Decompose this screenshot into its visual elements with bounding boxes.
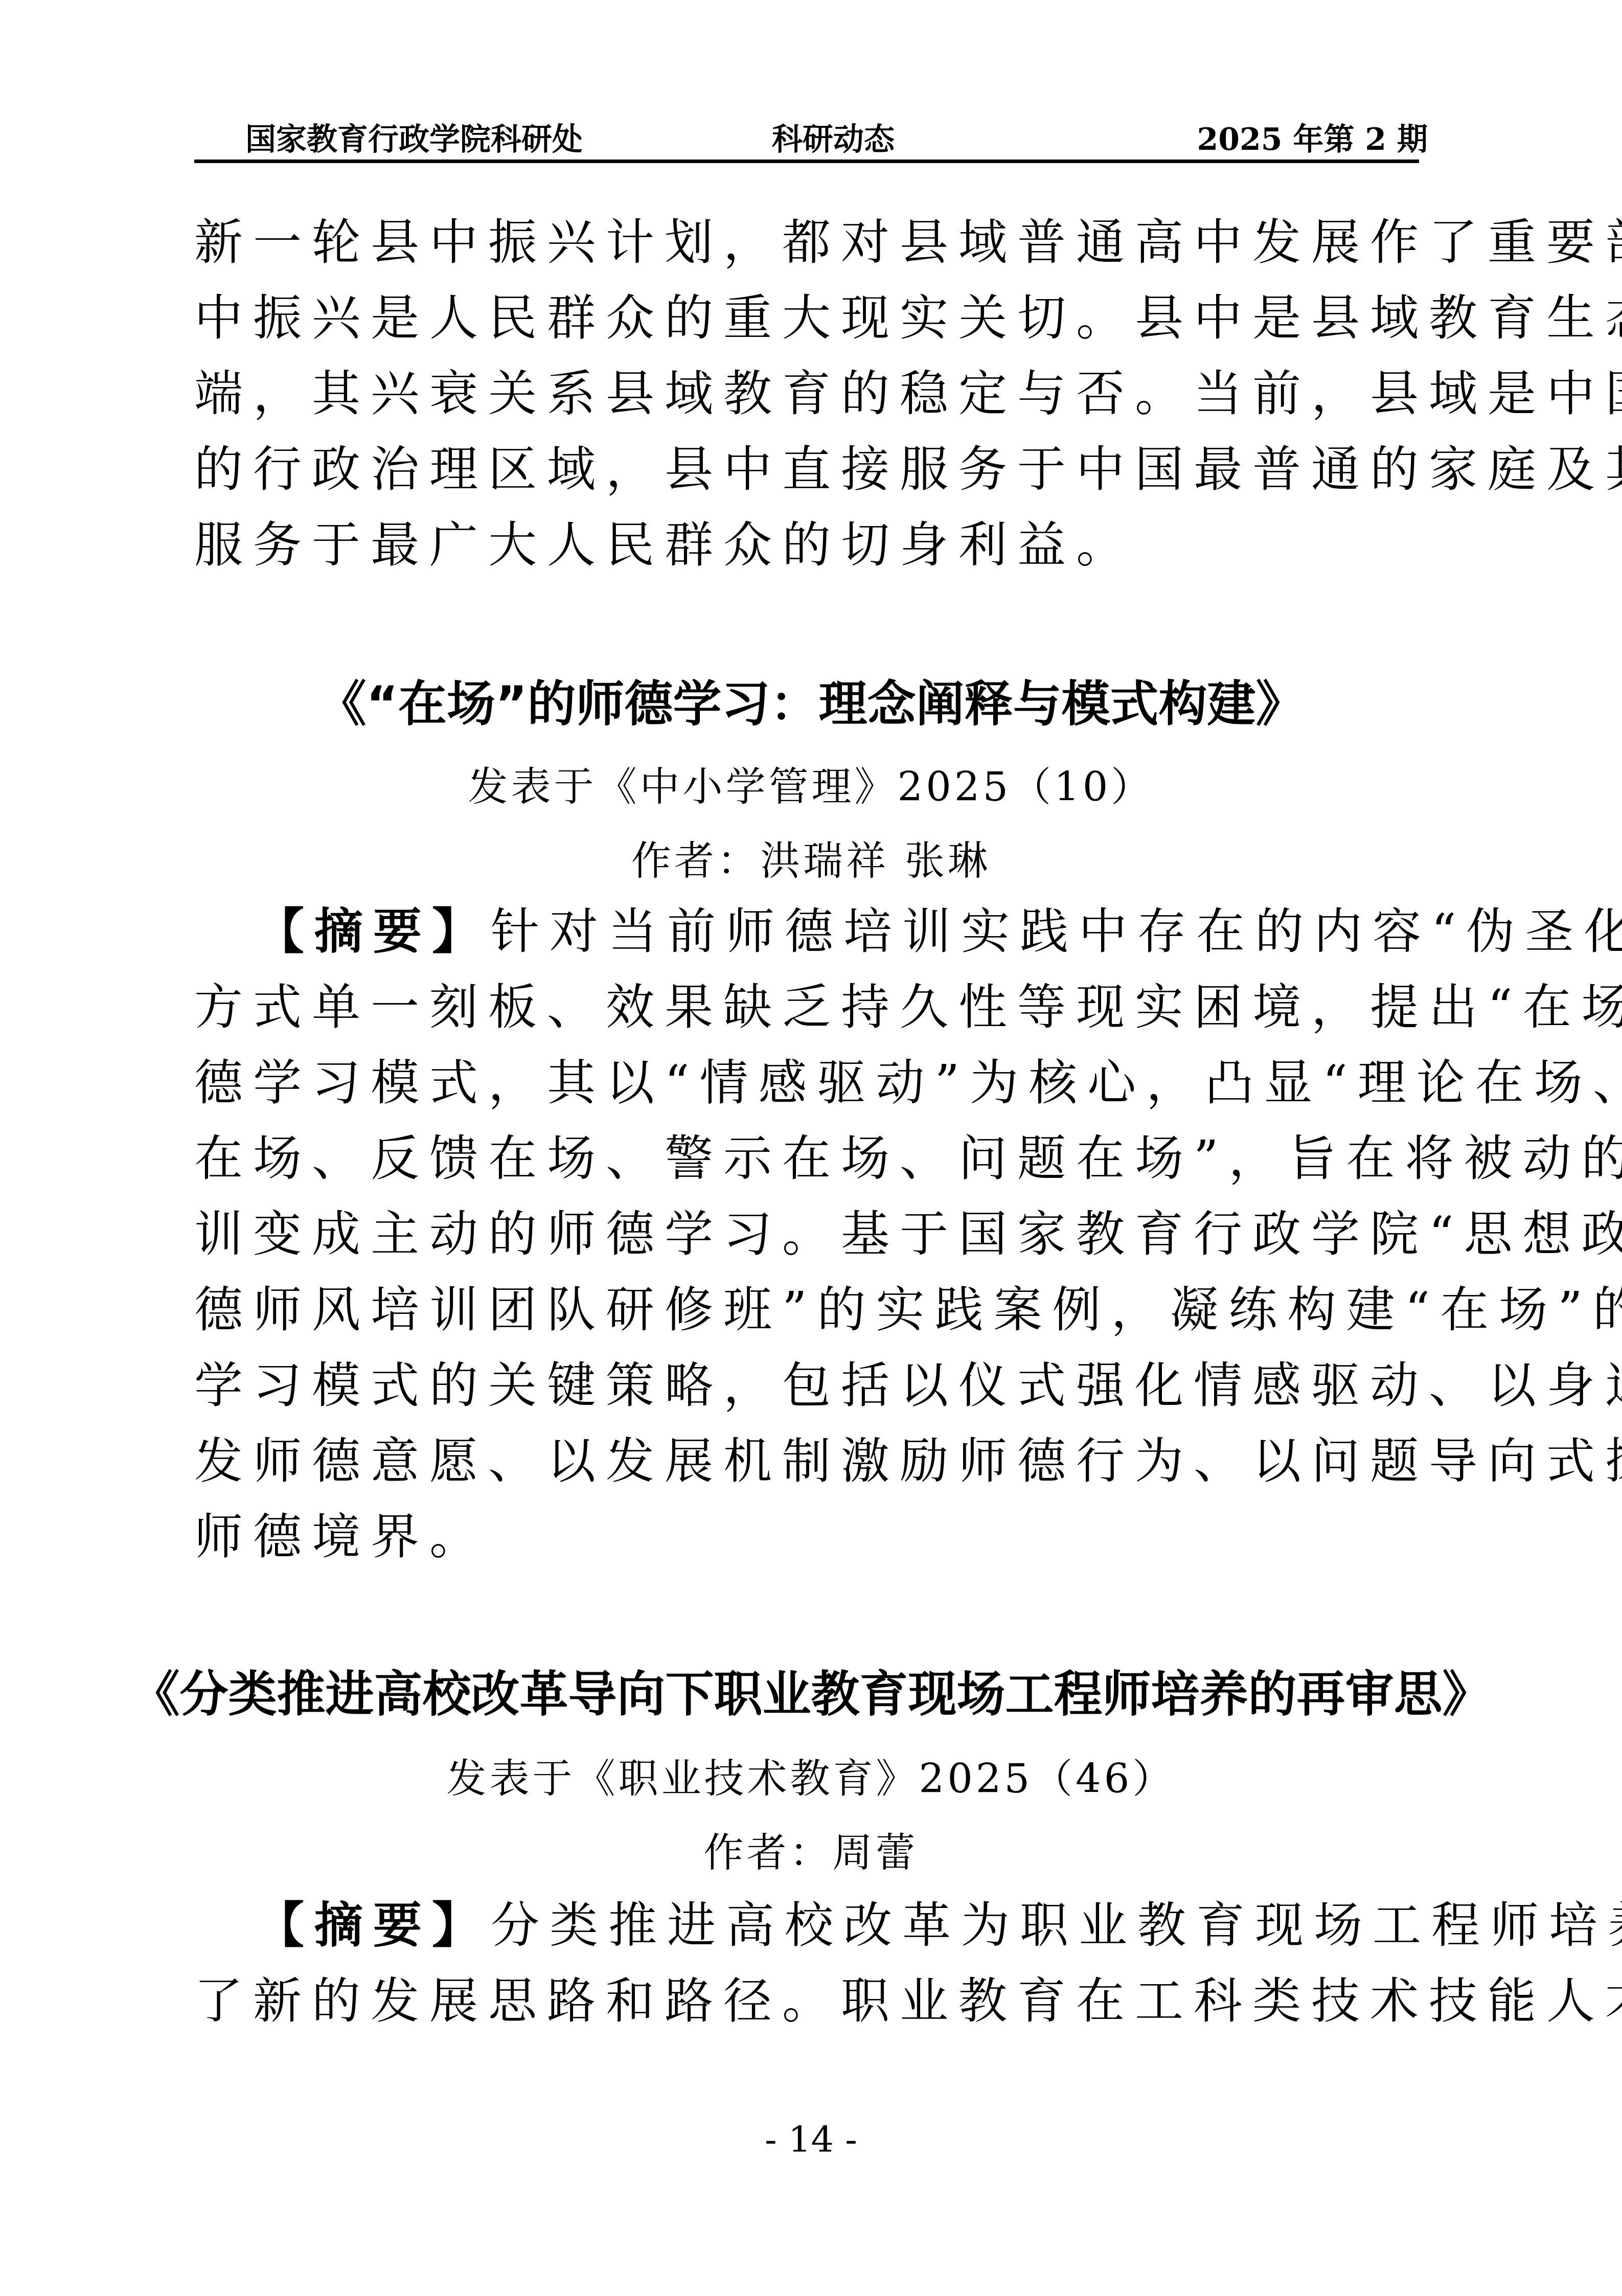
abstract-line: 师德境界。: [194, 1509, 1431, 1565]
article-title: 《“在场”的师德学习：理念阐释与模式构建》: [0, 674, 1622, 735]
header-issue: 2025 年第 2 期: [1197, 115, 1428, 159]
body-line: 的行政治理区域，县中直接服务于中国最普通的家庭及其子弟，: [194, 442, 1431, 498]
abstract-line: 方式单一刻板、效果缺乏持久性等现实困境，提出“在场”的师: [194, 980, 1431, 1036]
header-publication: 科研动态: [772, 115, 895, 159]
body-line: 中振兴是人民群众的重大现实关切。县中是县域教育生态链的顶: [194, 290, 1431, 347]
abstract-line: 德学习模式，其以“情感驱动”为核心，凸显“理论在场、榜样: [194, 1055, 1431, 1111]
abstract-text: 分类推进高校改革为职业教育现场工程师培养提供: [491, 1898, 1622, 1954]
abstract-text: 针对当前师德培训实践中存在的内容“伪圣化”、: [491, 904, 1622, 960]
article-authors: 作者：洪瑞祥 张琳: [0, 836, 1622, 887]
abstract-line: 学习模式的关键策略，包括以仪式强化情感驱动、以身边故事激: [194, 1358, 1431, 1414]
abstract-line: 了新的发展思路和路径。职业教育在工科类技术技能人才培养方: [194, 1973, 1431, 2030]
abstract-line: 发师德意愿、以发展机制激励师德行为、以问题导向式探究提升: [194, 1434, 1431, 1490]
abstract-label: 【摘要】: [256, 903, 491, 960]
body-line: 新一轮县中振兴计划，都对县域普通高中发展作了重要部署。县: [194, 215, 1431, 271]
body-line: 端，其兴衰关系县域教育的稳定与否。当前，县域是中国最基本: [194, 366, 1431, 422]
abstract-first-line: 【摘要】针对当前师德培训实践中存在的内容“伪圣化”、: [256, 904, 1431, 960]
running-header: 国家教育行政学院科研处 科研动态 2025 年第 2 期: [245, 115, 1428, 156]
abstract-line: 在场、反馈在场、警示在场、问题在场”，旨在将被动的师德培: [194, 1131, 1431, 1187]
abstract-label: 【摘要】: [256, 1897, 491, 1954]
abstract-first-line: 【摘要】分类推进高校改革为职业教育现场工程师培养提供: [256, 1898, 1431, 1954]
page-number: - 14 -: [0, 2117, 1622, 2163]
article-publication: 发表于《职业技术教育》2025（46）: [0, 1754, 1622, 1805]
article-authors: 作者：周蕾: [0, 1828, 1622, 1879]
abstract-line: 训变成主动的师德学习。基于国家教育行政学院“思想政治与师: [194, 1207, 1431, 1263]
article-publication: 发表于《中小学管理》2025（10）: [0, 762, 1622, 813]
abstract-line: 德师风培训团队研修班”的实践案例，凝练构建“在场”的师德: [194, 1282, 1431, 1338]
article-title: 《分类推进高校改革导向下职业教育现场工程师培养的再审思》: [0, 1664, 1622, 1725]
header-institution: 国家教育行政学院科研处: [245, 115, 583, 159]
header-rule: [194, 160, 1419, 163]
body-line: 服务于最广大人民群众的切身利益。: [194, 517, 1431, 574]
